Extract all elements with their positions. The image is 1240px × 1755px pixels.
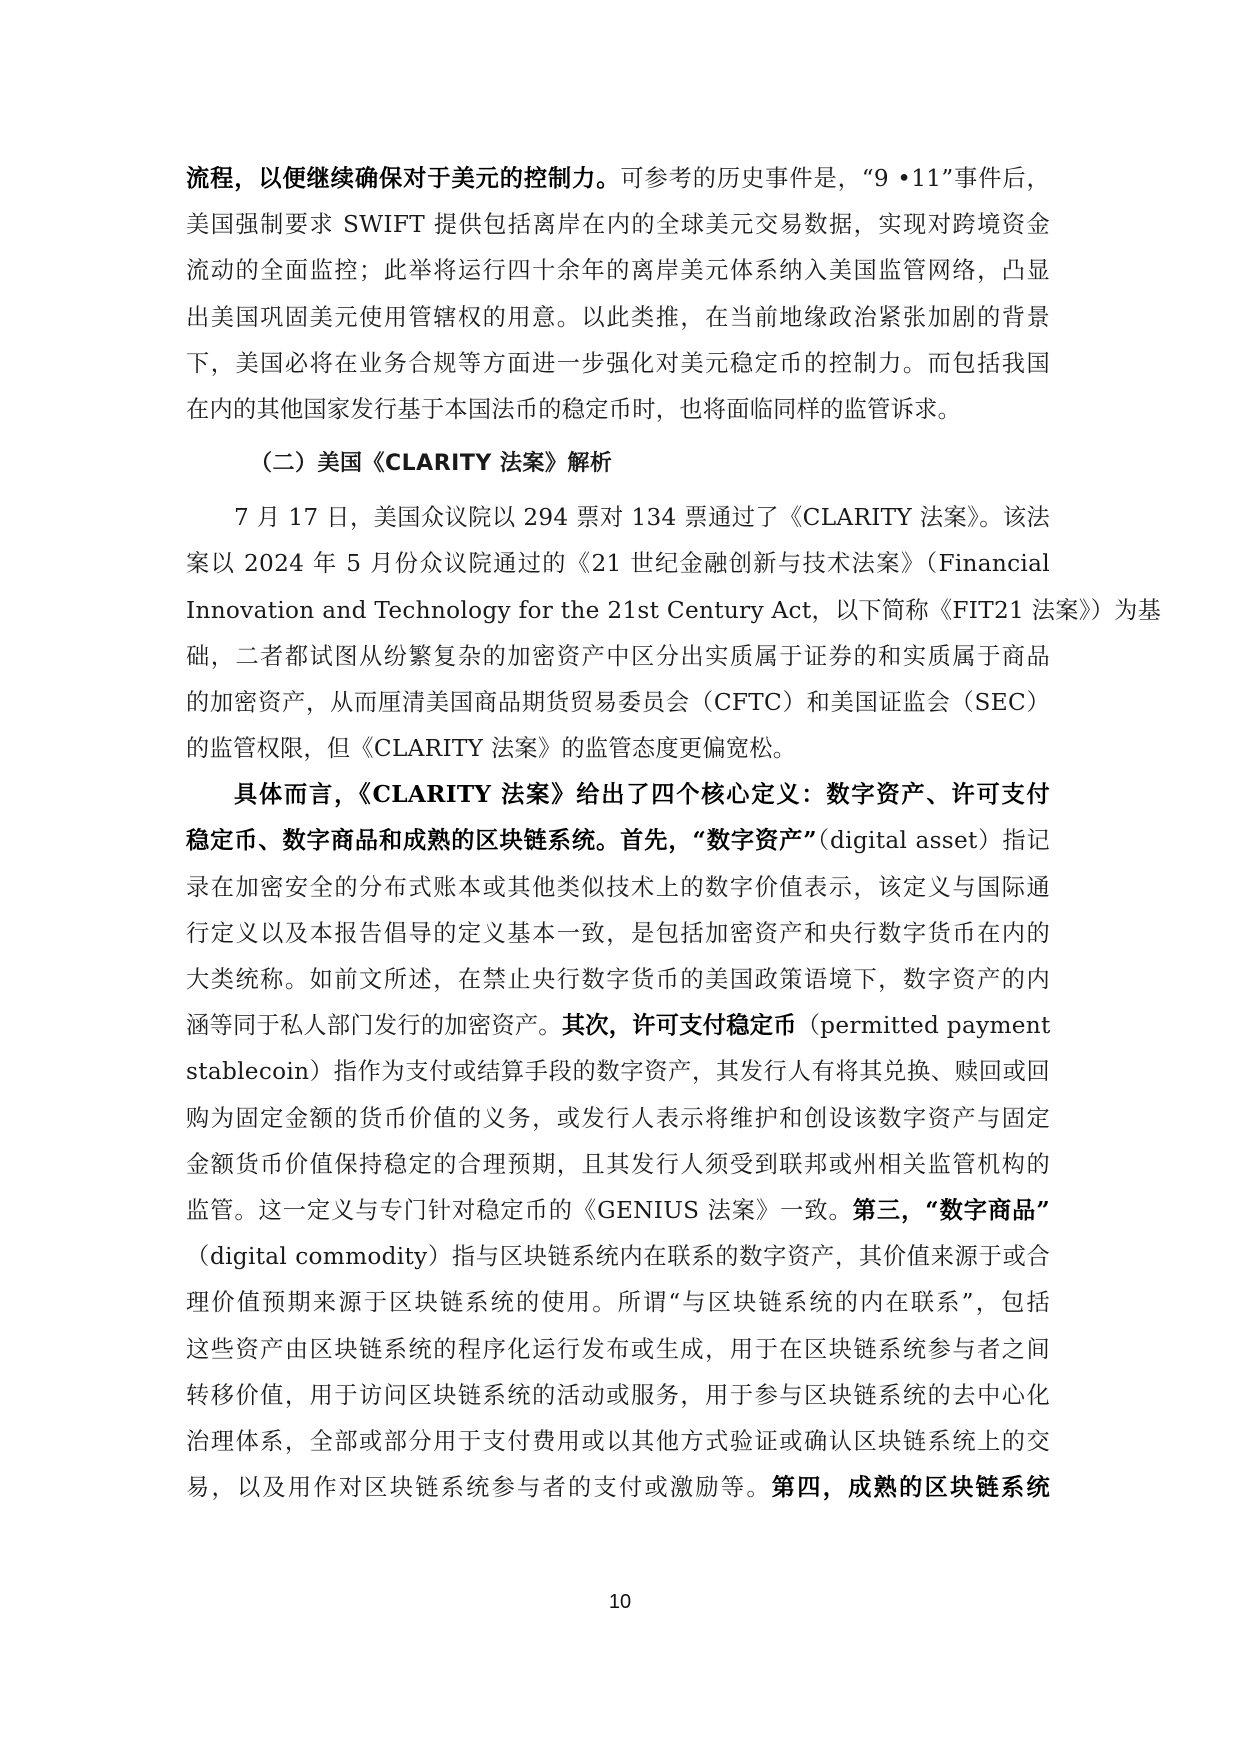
page-number: 10 [0,1591,1240,1614]
paragraph-clarity-vote: 7 月 17 日，美国众议院以 294 票对 134 票通过了《CLARITY … [186,495,1050,772]
text-run: 行定义以及本报告倡导的定义基本一致，是包括加密资产和央行数字货币在内的 [186,920,1050,947]
text-line: （digital commodity）指与区块链系统内在联系的数字资产，其价值来… [186,1234,1050,1280]
text-run: 治理体系，全部或部分用于支付费用或以其他方式验证或确认区块链系统上的交 [186,1428,1050,1455]
text-line: 稳定币、数字商品和成熟的区块链系统。首先，“数字资产”（digital asse… [186,818,1050,864]
text-line: 购为固定金额的货币价值的义务，或发行人表示将维护和创设该数字资产与固定 [186,1096,1050,1142]
text-run: 购为固定金额的货币价值的义务，或发行人表示将维护和创设该数字资产与固定 [186,1105,1050,1132]
text-run: 美国强制要求 SWIFT 提供包括离岸在内的全球美元交易数据，实现对跨境资金 [186,211,1050,238]
text-line: Innovation and Technology for the 21st C… [186,588,1050,634]
text-run: 础，二者都试图从纷繁复杂的加密资产中区分出实质属于证券的和实质属于商品 [186,643,1050,670]
bold-text-run: 流程，以便继续确保对于美元的控制力。 [186,165,620,192]
text-run: 这些资产由区块链系统的程序化运行发布或生成，用于在区块链系统参与者之间 [186,1336,1050,1363]
bold-text-run: 稳定币、数字商品和成熟的区块链系统。首先，“数字资产” [186,827,817,854]
text-run: 大类统称。如前文所述，在禁止央行数字货币的美国政策语境下，数字资产的内 [186,966,1050,993]
text-line: 转移价值，用于访问区块链系统的活动或服务，用于参与区块链系统的去中心化 [186,1373,1050,1419]
paragraph-core-definitions: 具体而言，《CLARITY 法案》给出了四个核心定义：数字资产、许可支付稳定币、… [186,772,1050,1511]
text-run: 理价值预期来源于区块链系统的使用。所谓“与区块链系统的内在联系”，包括 [186,1289,1050,1316]
text-line: 美国强制要求 SWIFT 提供包括离岸在内的全球美元交易数据，实现对跨境资金 [186,202,1050,248]
bold-text-run: 具体而言，《CLARITY 法案》给出了四个核心定义：数字资产、许可支付 [234,781,1050,808]
text-run: 的加密资产，从而厘清美国商品期货贸易委员会（CFTC）和美国证监会（SEC） [186,689,1050,716]
bold-text-run: 其次，许可支付稳定币 [562,1012,797,1039]
text-line: 案以 2024 年 5 月份众议院通过的《21 世纪金融创新与技术法案》（Fin… [186,541,1050,587]
text-run: 在内的其他国家发行基于本国法币的稳定币时，也将面临同样的监管诉求。 [186,396,961,423]
text-line: 金额货币价值保持稳定的合理预期，且其发行人须受到联邦或州相关监管机构的 [186,1142,1050,1188]
text-line: 监管。这一定义与专门针对稳定币的《GENIUS 法案》一致。第三，“数字商品” [186,1188,1050,1234]
text-run: 可参考的历史事件是，“9 •11”事件后， [620,165,1050,192]
text-run: （permitted payment [797,1012,1051,1039]
text-line: 出美国巩固美元使用管辖权的用意。以此类推，在当前地缘政治紧张加剧的背景 [186,295,1050,341]
text-run: 的监管权限，但《CLARITY 法案》的监管态度更偏宽松。 [186,735,796,762]
text-run: 涵等同于私人部门发行的加密资产。 [186,1012,562,1039]
text-run: 下，美国必将在业务合规等方面进一步强化对美元稳定币的控制力。而包括我国 [186,350,1050,377]
bold-text-run: 第四，成熟的区块链系统 [772,1474,1050,1501]
text-run: stablecoin）指作为支付或结算手段的数字资产，其发行人有将其兑换、赎回或… [186,1058,1050,1085]
document-page: 流程，以便继续确保对于美元的控制力。可参考的历史事件是，“9 •11”事件后，美… [186,156,1050,1511]
text-line: 7 月 17 日，美国众议院以 294 票对 134 票通过了《CLARITY … [186,495,1050,541]
paragraph-dollar-control: 流程，以便继续确保对于美元的控制力。可参考的历史事件是，“9 •11”事件后，美… [186,156,1050,433]
text-run: 监管。这一定义与专门针对稳定币的《GENIUS 法案》一致。 [186,1197,853,1224]
text-run: 金额货币价值保持稳定的合理预期，且其发行人须受到联邦或州相关监管机构的 [186,1151,1050,1178]
bold-text-run: 第三，“数字商品” [853,1197,1050,1224]
text-run: （digital commodity）指与区块链系统内在联系的数字资产，其价值来… [186,1243,1050,1270]
text-line: 涵等同于私人部门发行的加密资产。其次，许可支付稳定币（permitted pay… [186,1003,1050,1049]
text-run: 出美国巩固美元使用管辖权的用意。以此类推，在当前地缘政治紧张加剧的背景 [186,304,1050,331]
text-line: 行定义以及本报告倡导的定义基本一致，是包括加密资产和央行数字货币在内的 [186,911,1050,957]
text-run: 易，以及用作对区块链系统参与者的支付或激励等。 [186,1474,772,1501]
text-line: 的加密资产，从而厘清美国商品期货贸易委员会（CFTC）和美国证监会（SEC） [186,680,1050,726]
text-line: 录在加密安全的分布式账本或其他类似技术上的数字价值表示，该定义与国际通 [186,865,1050,911]
text-line: 在内的其他国家发行基于本国法币的稳定币时，也将面临同样的监管诉求。 [186,387,1050,433]
text-line: stablecoin）指作为支付或结算手段的数字资产，其发行人有将其兑换、赎回或… [186,1049,1050,1095]
text-run: 转移价值，用于访问区块链系统的活动或服务，用于参与区块链系统的去中心化 [186,1382,1050,1409]
text-line: 流动的全面监控；此举将运行四十余年的离岸美元体系纳入美国监管网络，凸显 [186,248,1050,294]
section-heading: （二）美国《CLARITY 法案》解析 [186,439,1050,489]
text-line: 大类统称。如前文所述，在禁止央行数字货币的美国政策语境下，数字资产的内 [186,957,1050,1003]
text-run: Innovation and Technology for the 21st C… [186,597,1161,624]
text-run: 流动的全面监控；此举将运行四十余年的离岸美元体系纳入美国监管网络，凸显 [186,257,1050,284]
text-line: 的监管权限，但《CLARITY 法案》的监管态度更偏宽松。 [186,726,1050,772]
text-run: 案以 2024 年 5 月份众议院通过的《21 世纪金融创新与技术法案》（Fin… [186,550,1050,577]
text-line: 易，以及用作对区块链系统参与者的支付或激励等。第四，成熟的区块链系统 [186,1465,1050,1511]
text-line: 这些资产由区块链系统的程序化运行发布或生成，用于在区块链系统参与者之间 [186,1327,1050,1373]
text-line: 具体而言，《CLARITY 法案》给出了四个核心定义：数字资产、许可支付 [186,772,1050,818]
text-line: 流程，以便继续确保对于美元的控制力。可参考的历史事件是，“9 •11”事件后， [186,156,1050,202]
text-line: 下，美国必将在业务合规等方面进一步强化对美元稳定币的控制力。而包括我国 [186,341,1050,387]
text-line: 础，二者都试图从纷繁复杂的加密资产中区分出实质属于证券的和实质属于商品 [186,634,1050,680]
text-line: 治理体系，全部或部分用于支付费用或以其他方式验证或确认区块链系统上的交 [186,1419,1050,1465]
text-run: 录在加密安全的分布式账本或其他类似技术上的数字价值表示，该定义与国际通 [186,874,1050,901]
text-line: 理价值预期来源于区块链系统的使用。所谓“与区块链系统的内在联系”，包括 [186,1280,1050,1326]
text-run: 7 月 17 日，美国众议院以 294 票对 134 票通过了《CLARITY … [234,504,1050,531]
text-run: （digital asset）指记 [817,827,1050,854]
